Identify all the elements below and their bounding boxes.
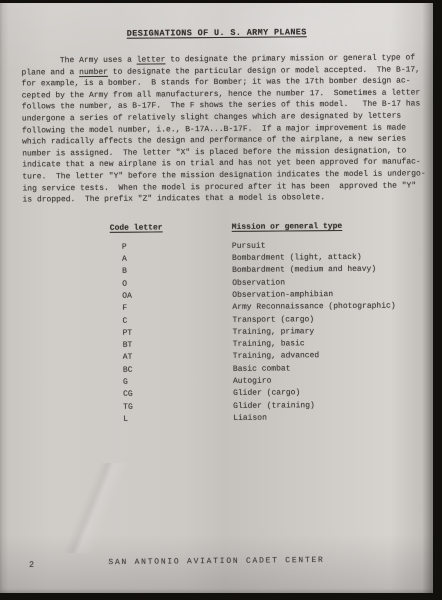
code-letter-cell: PT [111, 327, 233, 340]
scanned-page: DESIGNATIONS OF U. S. ARMY PLANES The Ar… [0, 0, 442, 600]
mission-cell: Army Reconnaissance (photographic) [232, 302, 395, 312]
underlined-term: letter [137, 55, 166, 64]
mission-cell: Observation [232, 278, 285, 287]
mission-cell: Pursuit [232, 241, 266, 250]
code-letter-cell: L [111, 413, 233, 426]
intro-paragraph: The Army uses a letter to designate the … [21, 52, 428, 206]
paragraph-text: to designate the particular design or mo… [108, 65, 420, 76]
mission-cell: Training, primary [233, 327, 315, 337]
table-row: LLiaison [111, 411, 436, 426]
mission-cell: Observation-amphibian [232, 290, 333, 300]
mission-cell: Bombardment (medium and heavy) [232, 265, 376, 275]
mission-cell: Glider (cargo) [233, 389, 300, 399]
code-letter-cell: CG [111, 388, 233, 401]
mission-cell: Liaison [233, 413, 267, 422]
mission-cell: Basic combat [233, 364, 291, 373]
mission-cell: Autogiro [233, 377, 271, 386]
paragraph-text: ing service tests. When the model is pro… [22, 181, 416, 193]
code-letter-cell: BC [111, 364, 233, 377]
paragraph-text: undergone a series of relatively slight … [22, 112, 401, 124]
underlined-term: number [79, 67, 108, 76]
code-letter-cell: F [110, 302, 232, 315]
mission-cell: Glider (training) [233, 401, 315, 411]
code-table-header: Code letterMission or general type [110, 220, 435, 235]
mission-cell: Training, advanced [233, 352, 319, 362]
code-letter-cell: G [111, 376, 233, 389]
code-table: Code letterMission or general type PPurs… [110, 220, 437, 426]
mission-cell: Transport (cargo) [232, 315, 314, 325]
mission-cell: Training, basic [233, 339, 305, 349]
mission-header: Mission or general type [232, 222, 342, 232]
code-letter-cell: TG [111, 400, 233, 413]
paper-page: DESIGNATIONS OF U. S. ARMY PLANES The Ar… [0, 3, 433, 593]
paragraph-text: which radically affects the design and p… [22, 135, 406, 147]
code-letter-cell: AT [111, 351, 233, 364]
code-letter-cell: P [110, 241, 232, 254]
code-letter-cell: B [110, 265, 232, 278]
code-letter-cell: A [110, 253, 232, 266]
code-letter-cell: BT [111, 339, 233, 352]
code-letter-cell: C [110, 314, 232, 327]
paragraph-text: The Army uses a [21, 56, 136, 66]
code-letter-header: Code letter [110, 222, 232, 235]
paragraph-text: ture. The letter "Y" before the mission … [22, 169, 425, 181]
paragraph-text: is dropped. The prefix "Z" indicates tha… [23, 193, 326, 204]
page-title: DESIGNATIONS OF U. S. ARMY PLANES [0, 26, 433, 39]
table-row: FArmy Reconnaissance (photographic) [110, 300, 435, 315]
mission-cell: Bombardment (light, attack) [232, 253, 362, 263]
page-number: 2 [29, 560, 34, 570]
paragraph-text: to designate the primary mission or gene… [165, 53, 415, 64]
code-letter-cell: O [110, 277, 232, 290]
paragraph-text: plane and a [22, 68, 80, 77]
paragraph-line: is dropped. The prefix "Z" indicates tha… [22, 191, 428, 206]
code-table-body: PPursuitABombardment (light, attack)BBom… [110, 239, 436, 426]
page-content: DESIGNATIONS OF U. S. ARMY PLANES The Ar… [0, 1, 438, 594]
paragraph-text: for example, is a bomber. B stands for B… [22, 77, 411, 89]
code-letter-cell: OA [110, 290, 232, 303]
